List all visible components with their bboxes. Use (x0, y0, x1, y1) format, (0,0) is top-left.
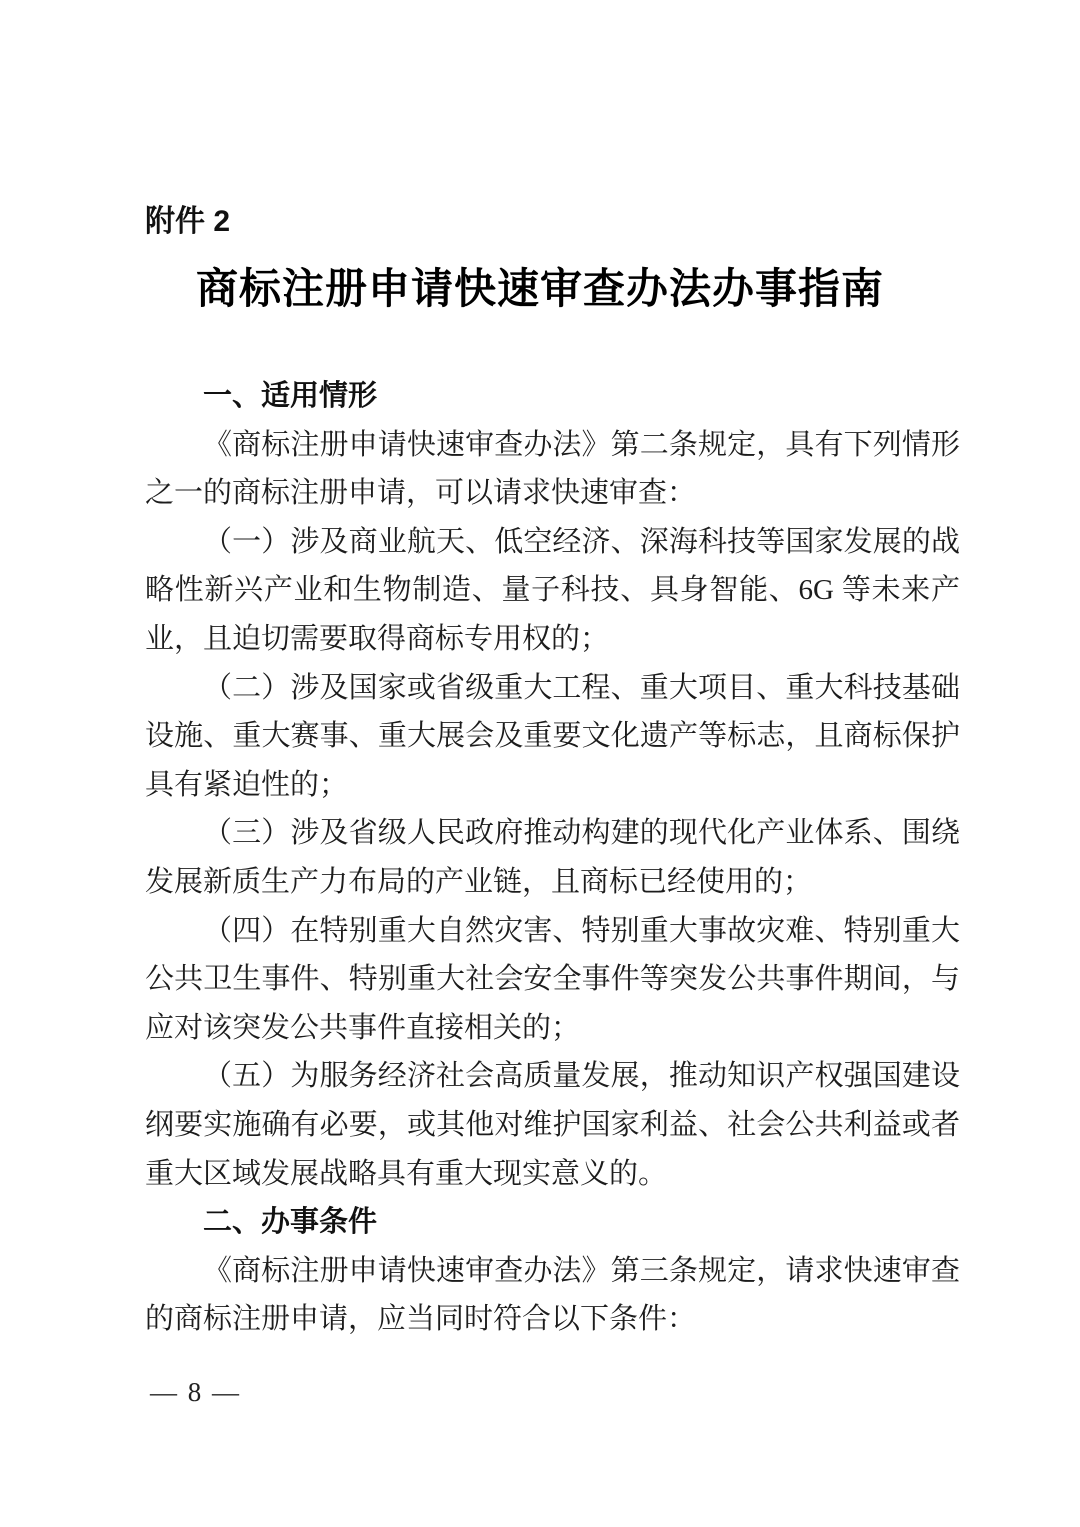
attachment-label: 附件 2 (145, 201, 230, 243)
section-heading-applicable-situations: 一、适用情形 (145, 372, 960, 421)
paragraph-intro: 《商标注册申请快速审查办法》第二条规定，具有下列情形之一的商标注册申请，可以请求… (145, 421, 960, 518)
paragraph-item-5: （五）为服务经济社会高质量发展，推动知识产权强国建设纲要实施确有必要，或其他对维… (145, 1052, 960, 1198)
paragraph-item-2: （二）涉及国家或省级重大工程、重大项目、重大科技基础设施、重大赛事、重大展会及重… (145, 664, 960, 810)
document-title: 商标注册申请快速审查办法办事指南 (0, 262, 1080, 318)
document-body: 一、适用情形 《商标注册申请快速审查办法》第二条规定，具有下列情形之一的商标注册… (145, 372, 960, 1344)
paragraph-item-1: （一）涉及商业航天、低空经济、深海科技等国家发展的战略性新兴产业和生物制造、量子… (145, 518, 960, 664)
section-heading-handling-conditions: 二、办事条件 (145, 1198, 960, 1247)
paragraph-conditions-intro: 《商标注册申请快速审查办法》第三条规定，请求快速审查的商标注册申请，应当同时符合… (145, 1247, 960, 1344)
document-page: 附件 2 商标注册申请快速审查办法办事指南 一、适用情形 《商标注册申请快速审查… (0, 0, 1080, 1527)
paragraph-item-4: （四）在特别重大自然灾害、特别重大事故灾难、特别重大公共卫生事件、特别重大社会安… (145, 907, 960, 1053)
paragraph-item-3: （三）涉及省级人民政府推动构建的现代化产业体系、围绕发展新质生产力布局的产业链，… (145, 809, 960, 906)
page-number: — 8 — (150, 1374, 241, 1410)
